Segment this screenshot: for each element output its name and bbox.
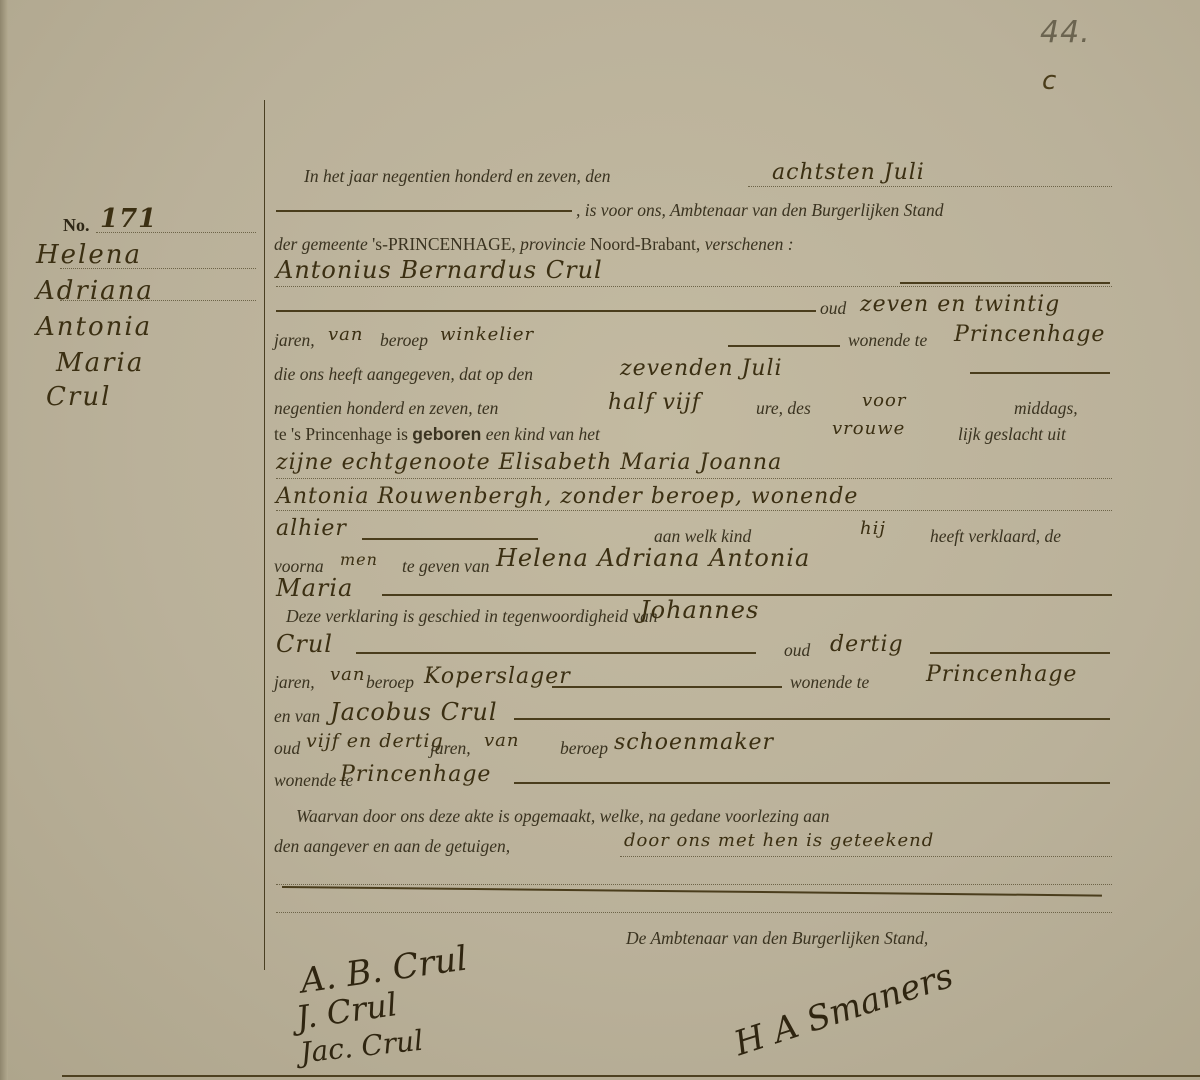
witness2-age: vijf en dertig	[306, 730, 444, 752]
witness1-surname: Crul	[276, 630, 333, 658]
blank-rule	[514, 718, 1110, 720]
blank-rule	[552, 686, 782, 688]
number-label: No.	[63, 215, 90, 235]
dotted-line	[60, 300, 256, 301]
register-page: 44. c No. 171 Helena Adriana Antonia Mar…	[0, 0, 1200, 1080]
margin-name-line: Crul	[46, 382, 111, 412]
text-line: In het jaar negentien honderd en zeven, …	[304, 166, 610, 187]
handwritten-fragment: hij	[860, 518, 886, 539]
text-fragment: oud	[784, 640, 810, 661]
declarant-age: zeven en twintig	[860, 292, 1060, 317]
municipality: 's-PRINCENHAGE,	[372, 234, 516, 254]
given-names-cont: Maria	[276, 574, 353, 602]
text-line: die ons heeft aangegeven, dat op den	[274, 364, 533, 385]
blank-rule	[970, 372, 1110, 374]
blank-rule	[514, 782, 1110, 784]
text-fragment: beroep	[380, 330, 428, 351]
margin-divider	[264, 100, 265, 970]
text-fragment: jaren,	[274, 672, 315, 693]
text-fragment: te geven van	[402, 556, 489, 577]
handwritten-fragment: van	[328, 324, 364, 345]
given-names: Helena Adriana Antonia	[496, 544, 810, 572]
text-fragment: lijk geslacht uit	[958, 424, 1066, 445]
dotted-line	[276, 912, 1112, 913]
dotted-line	[60, 268, 256, 269]
declarant-occupation: winkelier	[440, 324, 534, 345]
witness2-occupation: schoenmaker	[614, 730, 774, 755]
margin-name-line: Helena	[36, 240, 142, 270]
dotted-line	[276, 510, 1112, 511]
dotted-line	[620, 856, 1112, 857]
bottom-rule	[62, 1075, 1200, 1077]
birth-hour: half vijf	[608, 390, 701, 415]
dotted-line	[276, 884, 1112, 885]
margin-name-line: Maria	[56, 348, 144, 378]
text-fragment: jaren,	[274, 330, 315, 351]
declarant-residence: Princenhage	[954, 322, 1105, 347]
handwritten-fragment: van	[484, 730, 520, 751]
witness1-age: dertig	[830, 632, 904, 657]
declarant-name: Antonius Bernardus Crul	[276, 256, 603, 284]
text-fragment: wonende te	[848, 330, 927, 351]
blank-rule	[930, 652, 1110, 654]
dotted-line	[748, 186, 1112, 187]
blank-rule	[362, 538, 538, 540]
born-label: geboren	[412, 424, 481, 444]
blank-rule	[276, 310, 816, 312]
text-fragment: der gemeente	[274, 234, 368, 254]
birth-period: voor	[862, 390, 906, 411]
text-fragment: ure, des	[756, 398, 811, 419]
text-fragment: negentien honderd en zeven, ten	[274, 398, 498, 419]
text-fragment: verschenen :	[705, 234, 794, 254]
birth-date: zevenden Juli	[620, 356, 783, 381]
handwritten-date: achtsten Juli	[772, 160, 925, 185]
mother-details: Antonia Rouwenbergh, zonder beroep, wone…	[276, 484, 858, 509]
record-number: 171	[100, 204, 157, 234]
text-line: oud	[820, 298, 846, 319]
text-fragment: heeft verklaard, de	[930, 526, 1061, 547]
signature-official: H A Smaners	[729, 956, 958, 1064]
handwritten-fragment: men	[340, 550, 378, 569]
closing-rule	[282, 886, 1102, 897]
text-fragment: jaren,	[430, 738, 471, 759]
province: Noord-Brabant,	[590, 234, 700, 254]
witness1-first-name: Johannes	[640, 596, 759, 624]
witness2-residence: Princenhage	[340, 762, 491, 787]
text-line: Deze verklaring is geschied in tegenwoor…	[286, 606, 658, 627]
text-fragment: beroep	[366, 672, 414, 693]
blank-rule	[728, 345, 840, 347]
blank-rule	[356, 652, 756, 654]
page-number: 44.	[1040, 15, 1091, 50]
text-fragment: een kind van het	[486, 424, 600, 444]
text-fragment: en van	[274, 706, 320, 727]
witness2-name: Jacobus Crul	[330, 698, 498, 726]
margin-name-line: Adriana	[36, 276, 154, 306]
handwritten-fragment: van	[330, 664, 366, 685]
signing-note: door ons met hen is geteekend	[624, 830, 934, 851]
blank-rule	[900, 282, 1110, 284]
text-fragment: provincie	[520, 234, 585, 254]
page-edge	[0, 0, 8, 1080]
child-sex: vrouwe	[832, 418, 905, 439]
text-line: Waarvan door ons deze akte is opgemaakt,…	[296, 806, 830, 827]
mother-name: zijne echtgenoote Elisabeth Maria Joanna	[276, 450, 782, 475]
dotted-line	[96, 232, 256, 233]
text-line: , is voor ons, Ambtenaar van den Burgerl…	[576, 200, 943, 221]
text-fragment: wonende te	[790, 672, 869, 693]
official-title: De Ambtenaar van den Burgerlijken Stand,	[626, 928, 928, 949]
witness1-residence: Princenhage	[926, 662, 1077, 687]
text-fragment: te 's Princenhage is	[274, 424, 408, 444]
text-fragment: den aangever en aan de getuigen,	[274, 836, 510, 857]
dotted-line	[276, 286, 1112, 287]
text-fragment: middags,	[1014, 398, 1078, 419]
mother-residence: alhier	[276, 516, 347, 541]
blank-rule	[276, 210, 572, 212]
witness1-occupation: Koperslager	[424, 664, 571, 689]
record-number-label: No. 171	[63, 208, 151, 238]
text-fragment: oud	[274, 738, 300, 759]
margin-name-line: Antonia	[36, 312, 152, 342]
page-letter: c	[1042, 66, 1056, 96]
dotted-line	[276, 478, 1112, 479]
text-fragment: beroep	[560, 738, 608, 759]
